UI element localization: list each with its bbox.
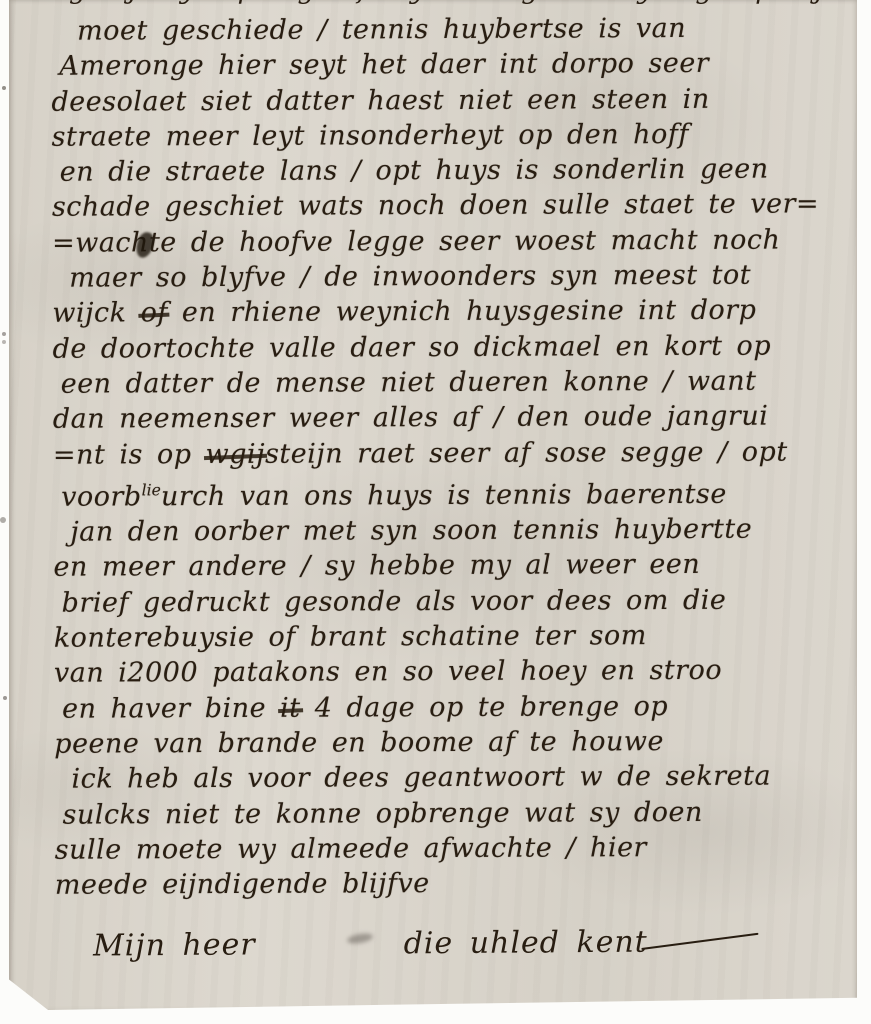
text-segment: de doortochte valle daer so dickmael en … xyxy=(52,330,771,364)
text-segment: schade geschiet wats noch doen sulle sta… xyxy=(52,189,819,223)
struck-word: it xyxy=(280,692,301,723)
letter-page: g j y p g f y t g s y g p j g moet gesch… xyxy=(9,0,857,1014)
handwritten-line: brief gedruckt gesonde als voor dees om … xyxy=(54,582,844,621)
text-segment: en meer andere / sy hebbe my al weer een xyxy=(53,549,700,583)
handwritten-line: schade geschiet wats noch doen sulle sta… xyxy=(52,187,842,226)
closing-row: Mijn heerdie uhled kent xyxy=(93,923,827,963)
text-segment: en die straete lans / opt huys is sonder… xyxy=(60,154,769,188)
struck-word: of xyxy=(140,298,167,329)
text-segment: urch van ons huys is tennis baerentse xyxy=(161,479,727,512)
handwritten-line: voorblieurch van ons huys is tennis baer… xyxy=(53,469,843,515)
manuscript-scan: g j y p g f y t g s y g p j g moet gesch… xyxy=(0,0,871,1024)
text-segment: van i2000 patakons en so veel hoey en st… xyxy=(54,655,722,689)
text-segment: een datter de mense niet dueren konne / … xyxy=(61,366,757,400)
text-segment: Ameronge hier seyt het daer int dorpo se… xyxy=(59,48,709,82)
handwritten-line: een datter de mense niet dueren konne / … xyxy=(53,363,843,402)
text-segment: voorb xyxy=(61,481,142,512)
clipped-line-fragment: g j y p g f y t g s y g p j g xyxy=(69,0,837,5)
handwritten-line: van i2000 patakons en so veel hoey en st… xyxy=(54,653,844,692)
handwritten-line: en meer andere / sy hebbe my al weer een xyxy=(53,547,843,586)
text-segment: meede eijndigende blijfve xyxy=(55,868,430,901)
handwritten-line: de doortochte valle daer so dickmael en … xyxy=(52,328,842,367)
text-segment: en rhiene weynich huysgesine int dorp xyxy=(168,295,757,329)
handwritten-line: sulle moete wy almeede afwachte / hier xyxy=(55,829,845,868)
text-segment: wijck xyxy=(52,298,140,329)
text-segment: peene van brande en boome af te houwe xyxy=(54,726,664,760)
closing-salutation: Mijn heer xyxy=(93,927,256,963)
text-segment: sulle moete wy almeede afwachte / hier xyxy=(55,832,647,866)
text-segment: en haver bine xyxy=(62,692,280,724)
handwritten-line: meede eijndigende blijfve xyxy=(55,864,845,903)
text-segment: sulcks niet te konne opbrenge wat sy doe… xyxy=(62,796,702,830)
struck-word: wgij xyxy=(206,438,266,469)
text-segment: dan neemenser weer alles af / den oude j… xyxy=(53,401,769,435)
text-segment: moet geschiede / tennis huybertse is van xyxy=(77,13,686,47)
closing-signoff: die uhled kent xyxy=(404,924,760,961)
handwritten-line: sulcks niet te konne opbrenge wat sy doe… xyxy=(54,794,844,833)
letter-body: moet geschiede / tennis huybertse is van… xyxy=(51,10,845,903)
handwritten-line: straete meer leyt insonderheyt op den ho… xyxy=(52,116,842,155)
handwritten-line: konterebuysie of brant schatine ter som xyxy=(54,617,844,656)
handwritten-line: dan neemenser weer alles af / den oude j… xyxy=(53,399,843,438)
scan-artifacts xyxy=(2,86,6,90)
text-segment: konterebuysie of brant schatine ter som xyxy=(54,620,647,654)
handwritten-line: =nt is op wgijsteijn raet seer af sose s… xyxy=(53,434,843,473)
handwritten-line: ick heb als voor dees geantwoort w de se… xyxy=(54,759,844,798)
handwritten-line: deesolaet siet datter haest niet een ste… xyxy=(51,81,841,120)
text-segment: jan den oorber met syn soon tennis huybe… xyxy=(70,514,752,548)
text-segment: straete meer leyt insonderheyt op den ho… xyxy=(52,119,689,153)
text-segment: maer so blyfve / de inwoonders syn meest… xyxy=(69,260,751,294)
handwritten-line: =wachte de hoofve legge seer woest macht… xyxy=(52,222,842,261)
handwritten-line: maer so blyfve / de inwoonders syn meest… xyxy=(52,257,842,296)
handwritten-line: en die straete lans / opt huys is sonder… xyxy=(52,151,842,190)
handwritten-line: en haver bine it 4 dage op te brenge op xyxy=(54,688,844,727)
text-segment: ick heb als voor dees geantwoort w de se… xyxy=(71,761,771,795)
text-segment: steijn raet seer af sose segge / opt xyxy=(265,436,788,469)
text-segment: =nt is op xyxy=(53,439,206,471)
text-segment: brief gedruckt gesonde als voor dees om … xyxy=(62,585,727,619)
handwritten-line: jan den oorber met syn soon tennis huybe… xyxy=(53,511,843,550)
text-segment: deesolaet siet datter haest niet een ste… xyxy=(51,83,709,117)
handwritten-line: moet geschiede / tennis huybertse is van xyxy=(51,10,841,49)
interlinear-insertion: lie xyxy=(142,480,161,499)
text-segment: =wachte de hoofve legge seer woest macht… xyxy=(52,224,780,258)
handwritten-line: peene van brande en boome af te houwe xyxy=(54,723,844,762)
handwritten-line: wijck of en rhiene weynich huysgesine in… xyxy=(52,293,842,332)
handwritten-line: Ameronge hier seyt het daer int dorpo se… xyxy=(51,46,841,85)
text-segment: 4 dage op te brenge op xyxy=(301,691,669,724)
